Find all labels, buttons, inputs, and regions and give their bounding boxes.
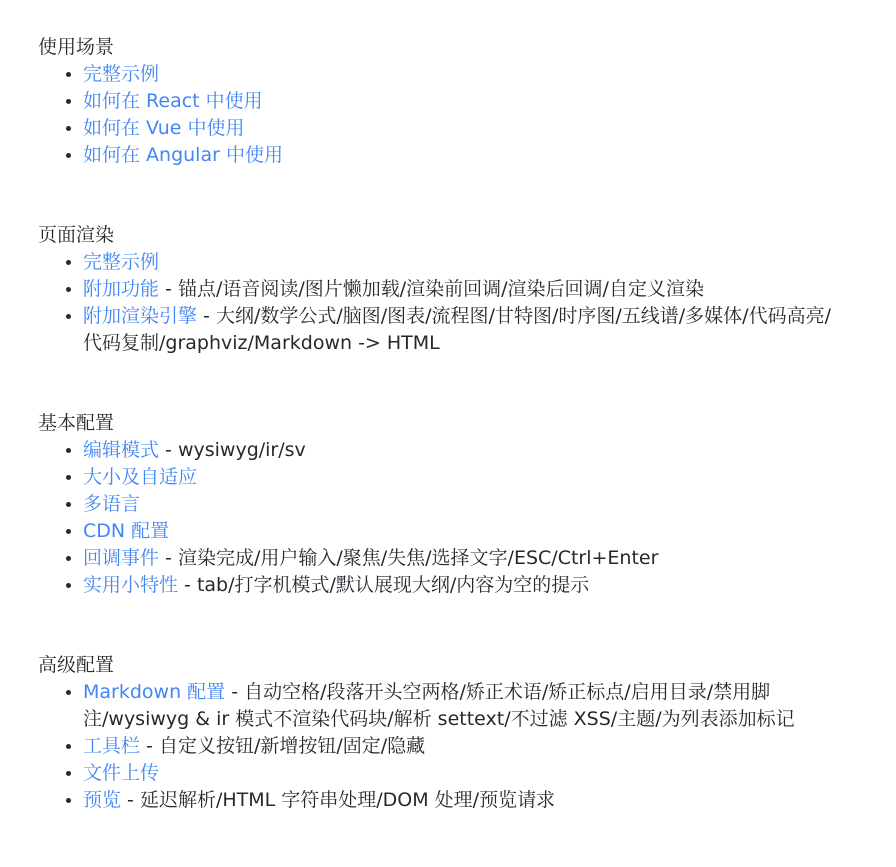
link-list: 编辑模式 - wysiwyg/ir/sv 大小及自适应 多语言 CDN 配置 回…	[38, 437, 838, 599]
link-react[interactable]: 如何在 React 中使用	[83, 90, 263, 112]
link-list: 完整示例 附加功能 - 锚点/语音阅读/图片懒加载/渲染前回调/渲染后回调/自定…	[38, 249, 838, 357]
list-item: 如何在 Vue 中使用	[83, 115, 838, 142]
section-usage: 使用场景 完整示例 如何在 React 中使用 如何在 Vue 中使用 如何在 …	[38, 34, 838, 169]
link-upload[interactable]: 文件上传	[83, 762, 159, 784]
list-item: 大小及自适应	[83, 464, 838, 491]
section-render: 页面渲染 完整示例 附加功能 - 锚点/语音阅读/图片懒加载/渲染前回调/渲染后…	[38, 222, 838, 357]
list-item: 多语言	[83, 491, 838, 518]
list-item: CDN 配置	[83, 518, 838, 545]
list-item: 回调事件 - 渲染完成/用户输入/聚焦/失焦/选择文字/ESC/Ctrl+Ent…	[83, 545, 838, 572]
list-item: 附加渲染引擎 - 大纲/数学公式/脑图/图表/流程图/甘特图/时序图/五线谱/多…	[83, 303, 838, 357]
list-item: 完整示例	[83, 61, 838, 88]
link-size-adaptive[interactable]: 大小及自适应	[83, 466, 197, 488]
list-item: 实用小特性 - tab/打字机模式/默认展现大纲/内容为空的提示	[83, 572, 838, 599]
link-preview[interactable]: 预览	[83, 789, 121, 811]
item-description: - 自定义按钮/新增按钮/固定/隐藏	[140, 735, 425, 757]
list-item: 如何在 React 中使用	[83, 88, 838, 115]
link-cdn-config[interactable]: CDN 配置	[83, 520, 169, 542]
link-angular[interactable]: 如何在 Angular 中使用	[83, 144, 283, 166]
link-toolbar[interactable]: 工具栏	[83, 735, 140, 757]
section-advanced-config: 高级配置 Markdown 配置 - 自动空格/段落开头空两格/矫正术语/矫正标…	[38, 652, 838, 814]
link-full-example[interactable]: 完整示例	[83, 251, 159, 273]
document-body: 使用场景 完整示例 如何在 React 中使用 如何在 Vue 中使用 如何在 …	[38, 34, 838, 823]
link-list: Markdown 配置 - 自动空格/段落开头空两格/矫正术语/矫正标点/启用目…	[38, 679, 838, 814]
section-basic-config: 基本配置 编辑模式 - wysiwyg/ir/sv 大小及自适应 多语言 CDN…	[38, 410, 838, 599]
link-markdown-config[interactable]: Markdown 配置	[83, 681, 225, 703]
link-handy-features[interactable]: 实用小特性	[83, 574, 178, 596]
list-item: 完整示例	[83, 249, 838, 276]
link-list: 完整示例 如何在 React 中使用 如何在 Vue 中使用 如何在 Angul…	[38, 61, 838, 169]
link-i18n[interactable]: 多语言	[83, 493, 140, 515]
list-item: Markdown 配置 - 自动空格/段落开头空两格/矫正术语/矫正标点/启用目…	[83, 679, 838, 733]
section-title: 高级配置	[38, 652, 838, 679]
list-item: 如何在 Angular 中使用	[83, 142, 838, 169]
link-render-engines[interactable]: 附加渲染引擎	[83, 305, 197, 327]
link-vue[interactable]: 如何在 Vue 中使用	[83, 117, 245, 139]
link-full-example[interactable]: 完整示例	[83, 63, 159, 85]
item-description: - 渲染完成/用户输入/聚焦/失焦/选择文字/ESC/Ctrl+Enter	[159, 547, 658, 569]
section-title: 使用场景	[38, 34, 838, 61]
list-item: 附加功能 - 锚点/语音阅读/图片懒加载/渲染前回调/渲染后回调/自定义渲染	[83, 276, 838, 303]
section-title: 页面渲染	[38, 222, 838, 249]
list-item: 文件上传	[83, 760, 838, 787]
link-callbacks[interactable]: 回调事件	[83, 547, 159, 569]
list-item: 预览 - 延迟解析/HTML 字符串处理/DOM 处理/预览请求	[83, 787, 838, 814]
item-description: - 锚点/语音阅读/图片懒加载/渲染前回调/渲染后回调/自定义渲染	[159, 278, 704, 300]
section-title: 基本配置	[38, 410, 838, 437]
item-description: - wysiwyg/ir/sv	[159, 439, 306, 461]
link-addons[interactable]: 附加功能	[83, 278, 159, 300]
list-item: 编辑模式 - wysiwyg/ir/sv	[83, 437, 838, 464]
item-description: - tab/打字机模式/默认展现大纲/内容为空的提示	[178, 574, 589, 596]
list-item: 工具栏 - 自定义按钮/新增按钮/固定/隐藏	[83, 733, 838, 760]
link-edit-mode[interactable]: 编辑模式	[83, 439, 159, 461]
item-description: - 延迟解析/HTML 字符串处理/DOM 处理/预览请求	[121, 789, 555, 811]
